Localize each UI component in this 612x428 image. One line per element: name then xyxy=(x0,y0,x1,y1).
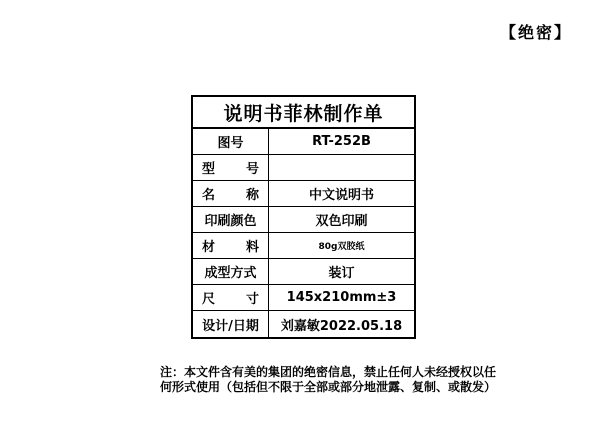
row-label: 型号 xyxy=(193,155,269,180)
row-label: 名称 xyxy=(193,181,269,206)
row-label: 尺寸 xyxy=(193,285,269,310)
row-value: 中文说明书 xyxy=(269,181,414,206)
row-label: 图号 xyxy=(193,129,269,154)
row-value: 145x210mm±3 xyxy=(269,285,414,310)
table-row-model: 型号 xyxy=(193,155,414,181)
row-value: 装订 xyxy=(269,259,414,284)
row-label: 成型方式 xyxy=(193,259,269,284)
table-row-material: 材料 80g双胶纸 xyxy=(193,233,414,259)
row-value: 刘嘉敏2022.05.18 xyxy=(269,311,414,337)
table-row-binding: 成型方式 装订 xyxy=(193,259,414,285)
note-line-2: 何形式使用（包括但不限于全部或部分地泄露、复制、或散发） xyxy=(160,380,500,395)
table-row-size: 尺寸 145x210mm±3 xyxy=(193,285,414,311)
table-row-design-date: 设计/日期 刘嘉敏2022.05.18 xyxy=(193,311,414,337)
table-row-drawing-number: 图号 RT-252B xyxy=(193,129,414,155)
table-row-name: 名称 中文说明书 xyxy=(193,181,414,207)
row-value xyxy=(269,155,414,180)
film-order-table: 说明书菲林制作单 图号 RT-252B 型号 名称 中文说明书 印刷颜色 双色印… xyxy=(191,95,416,339)
row-value: 双色印刷 xyxy=(269,207,414,232)
classification-label: 【绝密】 xyxy=(500,20,572,43)
row-value: 80g双胶纸 xyxy=(269,233,414,258)
row-label: 印刷颜色 xyxy=(193,207,269,232)
confidentiality-note: 注：本文件含有美的集团的绝密信息，禁止任何人未经授权以任 何形式使用（包括但不限… xyxy=(160,365,500,395)
row-label: 设计/日期 xyxy=(193,311,269,337)
table-title: 说明书菲林制作单 xyxy=(193,97,414,129)
note-line-1: 注：本文件含有美的集团的绝密信息，禁止任何人未经授权以任 xyxy=(160,365,500,380)
row-value: RT-252B xyxy=(269,129,414,154)
row-label: 材料 xyxy=(193,233,269,258)
table-row-print-color: 印刷颜色 双色印刷 xyxy=(193,207,414,233)
